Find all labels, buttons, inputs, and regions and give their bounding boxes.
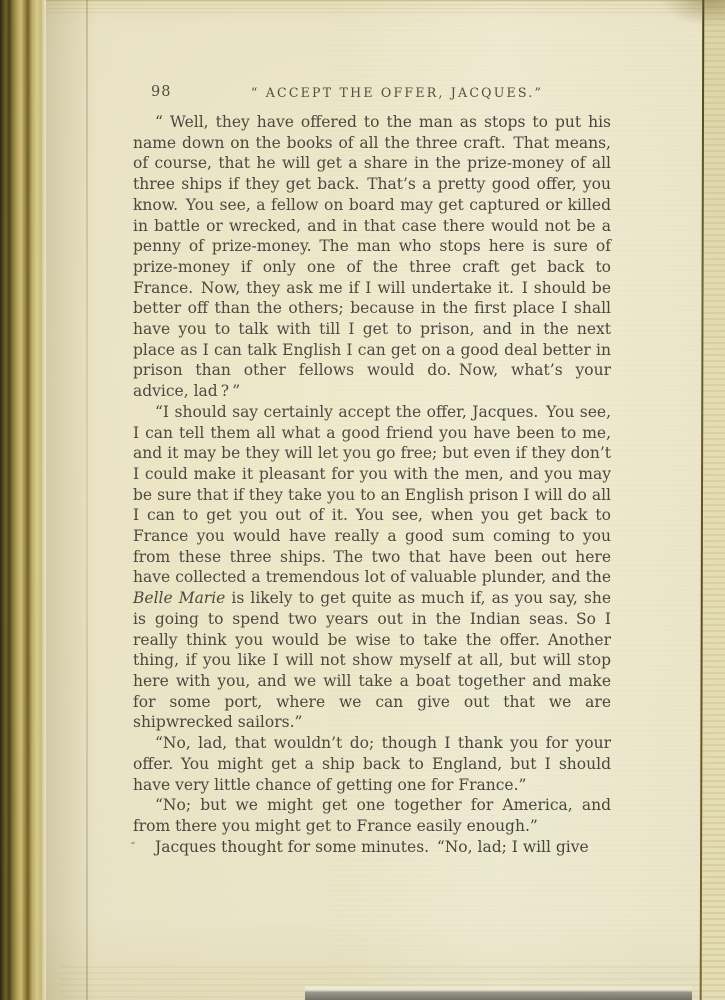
paragraph: “ Well, they have offered to the man as … [133, 112, 611, 402]
running-header: 98 “ ACCEPT THE OFFER, JACQUES.” [133, 83, 611, 103]
paragraph-text: “I should say certainly accept the offer… [133, 403, 611, 587]
paragraph-text: “No; but we might get one together for A… [133, 796, 611, 835]
book-binding-gutter [0, 0, 46, 1000]
paragraph-text: Jacques thought for some minutes. “No, l… [155, 838, 589, 856]
gutter-shadow [46, 0, 96, 1000]
book-scan-page: 98 “ ACCEPT THE OFFER, JACQUES.” “ Well,… [0, 0, 725, 1000]
right-page-edges [702, 0, 725, 1000]
top-right-smudge [660, 0, 725, 26]
page-number: 98 [151, 84, 171, 100]
paragraph: “No, lad, that wouldn’t do; though I tha… [133, 733, 611, 795]
running-header-title: “ ACCEPT THE OFFER, JACQUES.” [183, 85, 611, 100]
body-text: “ Well, they have offered to the man as … [133, 112, 611, 857]
top-page-edges [46, 0, 725, 16]
paragraph: “No; but we might get one together for A… [133, 795, 611, 836]
paragraph: Jacques thought for some minutes. “No, l… [133, 837, 611, 858]
bottom-grey-band [305, 986, 692, 1000]
paragraph-text: is likely to get quite as much if, as yo… [133, 589, 611, 731]
paragraph-text: “No, lad, that wouldn’t do; though I tha… [133, 734, 611, 793]
paragraph-text: “ Well, they have offered to the man as … [133, 113, 611, 400]
ship-name-italic: Belle Marie [133, 589, 225, 607]
paragraph: “I should say certainly accept the offer… [133, 402, 611, 733]
page-fold-line [86, 0, 88, 1000]
